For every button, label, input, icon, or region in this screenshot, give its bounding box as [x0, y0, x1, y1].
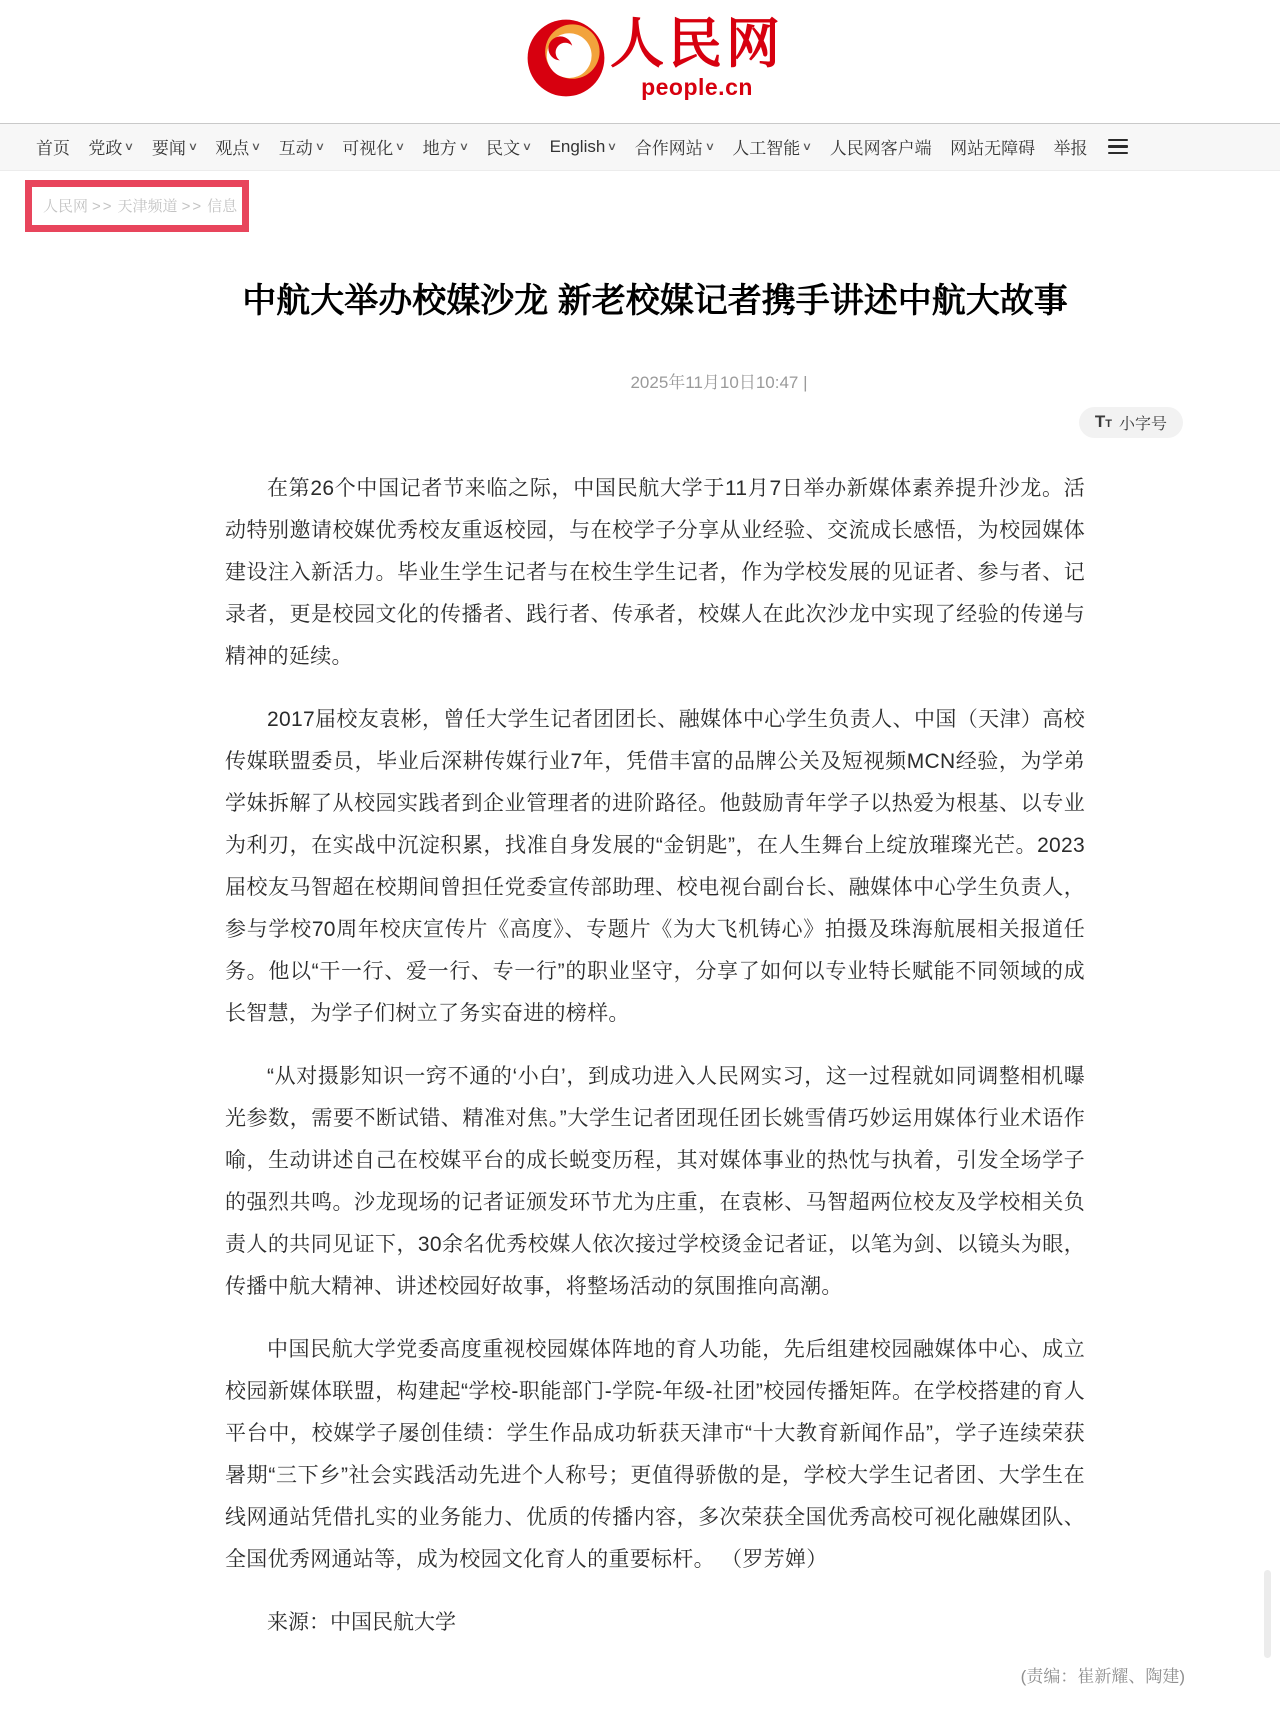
logo-text: 人民网 people.cn	[610, 16, 784, 101]
font-size-icon: TT	[1095, 412, 1112, 432]
breadcrumb-link-info[interactable]: 信息	[207, 198, 237, 215]
site-header: 人民网 people.cn	[0, 0, 1280, 101]
people-cn-ball-icon	[526, 18, 606, 98]
article-paragraph: 在第26个中国记者节来临之际，中国民航大学于11月7日举办新媒体素养提升沙龙。活…	[225, 468, 1085, 678]
chevron-down-icon: ∨	[188, 140, 198, 153]
nav-item-hudong[interactable]: 互动∨	[279, 134, 324, 159]
nav-item-home[interactable]: 首页	[36, 134, 70, 159]
article: 中航大举办校媒沙龙 新老校媒记者携手讲述中航大故事 2025年11月10日10:…	[125, 276, 1185, 1687]
main-navbar: 首页 党政∨ 要闻∨ 观点∨ 互动∨ 可视化∨ 地方∨ 民文∨ English∨…	[0, 123, 1280, 171]
article-tools: TT 小字号	[125, 407, 1185, 438]
font-size-label: 小字号	[1119, 411, 1167, 434]
annotation-highlight-box: 人民网>>天津频道>>信息	[25, 180, 249, 232]
chevron-down-icon: ∨	[395, 140, 405, 153]
chevron-down-icon: ∨	[124, 140, 134, 153]
article-date: 2025年11月10日10:47 |	[189, 368, 1249, 393]
nav-item-minwen[interactable]: 民文∨	[486, 134, 531, 159]
chevron-down-icon: ∨	[705, 140, 715, 153]
nav-item-hezuowangzhan[interactable]: 合作网站∨	[635, 134, 714, 159]
nav-item-keshihua[interactable]: 可视化∨	[342, 134, 404, 159]
chevron-down-icon: ∨	[607, 140, 617, 153]
breadcrumb-link-people[interactable]: 人民网	[43, 198, 88, 215]
chevron-down-icon: ∨	[802, 140, 812, 153]
breadcrumb-separator: >>	[182, 198, 204, 215]
article-source: 来源：中国民航大学	[225, 1602, 1085, 1644]
logo-domain-text: people.cn	[641, 74, 753, 101]
breadcrumb-link-tianjin[interactable]: 天津频道	[118, 198, 178, 215]
scrollbar-thumb[interactable]	[1264, 1570, 1271, 1658]
chevron-down-icon: ∨	[522, 140, 532, 153]
chevron-down-icon: ∨	[315, 140, 325, 153]
nav-item-report[interactable]: 举报	[1053, 134, 1087, 159]
site-logo[interactable]: 人民网 people.cn	[526, 16, 784, 101]
font-size-control[interactable]: TT 小字号	[1079, 407, 1183, 438]
nav-item-dangzheng[interactable]: 党政∨	[88, 134, 133, 159]
nav-item-rengongzhineng[interactable]: 人工智能∨	[732, 134, 811, 159]
nav-item-client[interactable]: 人民网客户端	[830, 134, 932, 159]
article-paragraph: “从对摄影知识一窍不通的‘小白’，到成功进入人民网实习，这一过程就如同调整相机曝…	[225, 1056, 1085, 1308]
logo-chinese-text: 人民网	[610, 16, 784, 73]
article-editor-credit: (责编：崔新耀、陶建)	[125, 1662, 1185, 1687]
article-paragraph: 2017届校友袁彬，曾任大学生记者团团长、融媒体中心学生负责人、中国（天津）高校…	[225, 699, 1085, 1035]
chevron-down-icon: ∨	[251, 140, 261, 153]
nav-item-yaowen[interactable]: 要闻∨	[152, 134, 197, 159]
article-body: 在第26个中国记者节来临之际，中国民航大学于11月7日举办新媒体素养提升沙龙。活…	[225, 468, 1085, 1581]
breadcrumb: 人民网>>天津频道>>信息	[43, 195, 237, 216]
nav-item-english[interactable]: English∨	[550, 137, 617, 157]
chevron-down-icon: ∨	[458, 140, 468, 153]
nav-item-guandian[interactable]: 观点∨	[215, 134, 260, 159]
breadcrumb-separator: >>	[92, 198, 114, 215]
hamburger-menu-icon[interactable]	[1106, 135, 1130, 159]
nav-item-accessibility[interactable]: 网站无障碍	[950, 134, 1035, 159]
article-title: 中航大举办校媒沙龙 新老校媒记者携手讲述中航大故事	[235, 276, 1075, 326]
article-paragraph: 中国民航大学党委高度重视校园媒体阵地的育人功能，先后组建校园融媒体中心、成立校园…	[225, 1329, 1085, 1581]
nav-item-difang[interactable]: 地方∨	[423, 134, 468, 159]
